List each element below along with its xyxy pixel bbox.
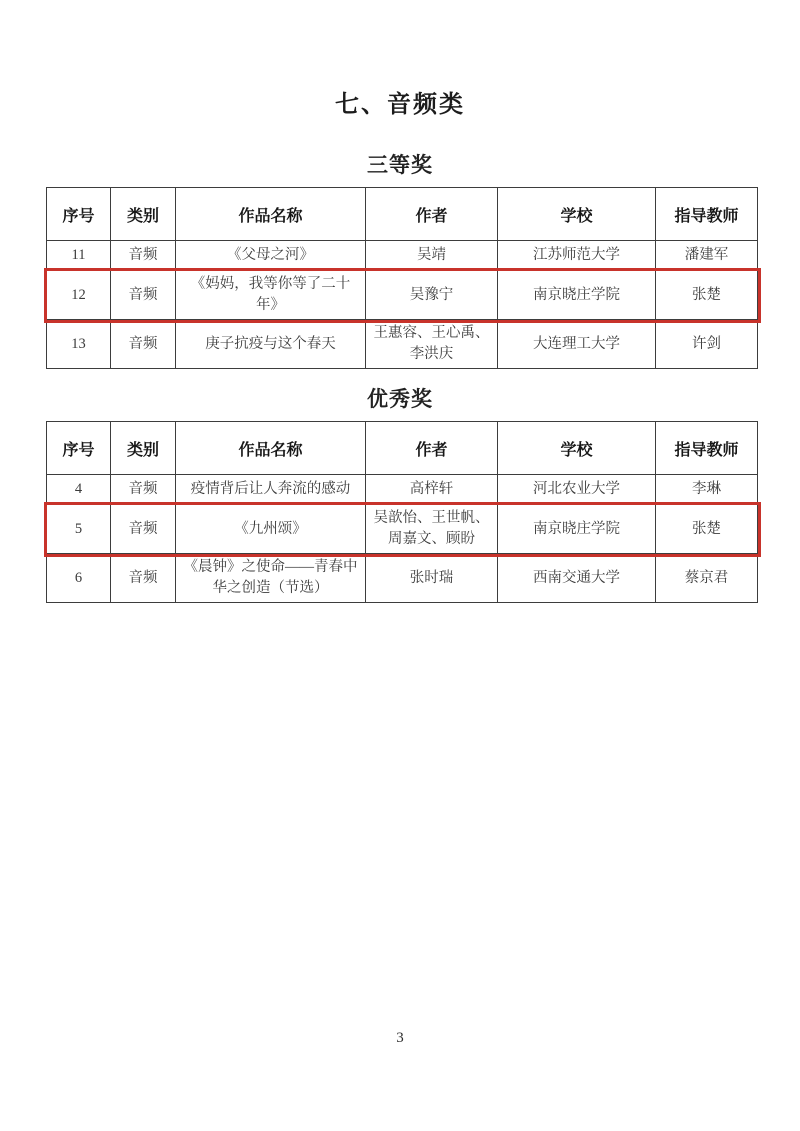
cell-advisor: 潘建军 — [656, 241, 758, 271]
header-work-title: 作品名称 — [176, 188, 366, 241]
header-seq: 序号 — [47, 188, 111, 241]
cell-seq: 6 — [47, 554, 111, 603]
table-row: 4 音频 疫情背后让人奔流的感动 高梓轩 河北农业大学 李琳 — [47, 475, 758, 505]
header-advisor: 指导教师 — [656, 188, 758, 241]
cell-advisor: 张楚 — [656, 505, 758, 554]
cell-category: 音频 — [111, 475, 176, 505]
table-header-row: 序号 类别 作品名称 作者 学校 指导教师 — [47, 422, 758, 475]
page-number: 3 — [0, 1030, 800, 1047]
table-row-highlighted: 5 音频 《九州颂》 吴歆怡、王世帆、周嘉文、顾盼 南京晓庄学院 张楚 — [47, 505, 758, 554]
cell-category: 音频 — [111, 241, 176, 271]
cell-author: 吴歆怡、王世帆、周嘉文、顾盼 — [366, 505, 498, 554]
header-school: 学校 — [498, 188, 656, 241]
cell-school: 河北农业大学 — [498, 475, 656, 505]
cell-school: 南京晓庄学院 — [498, 505, 656, 554]
document-title: 七、音频类 — [0, 0, 800, 119]
table-row: 6 音频 《晨钟》之使命——青春中华之创造（节选） 张时瑞 西南交通大学 蔡京君 — [47, 554, 758, 603]
cell-author: 吴豫宁 — [366, 271, 498, 320]
cell-category: 音频 — [111, 320, 176, 369]
cell-school: 西南交通大学 — [498, 554, 656, 603]
cell-author: 张时瑞 — [366, 554, 498, 603]
cell-school: 南京晓庄学院 — [498, 271, 656, 320]
cell-work-title: 《妈妈，我等你等了二十年》 — [176, 271, 366, 320]
table-row: 13 音频 庚子抗疫与这个春天 王惠容、王心禹、李洪庆 大连理工大学 许剑 — [47, 320, 758, 369]
cell-work-title: 庚子抗疫与这个春天 — [176, 320, 366, 369]
cell-seq: 5 — [47, 505, 111, 554]
cell-seq: 13 — [47, 320, 111, 369]
excellence-award-table: 序号 类别 作品名称 作者 学校 指导教师 4 音频 疫情背后让人奔流的感动 高… — [46, 421, 758, 603]
section-heading-excellence-award: 优秀奖 — [0, 383, 800, 413]
cell-work-title: 疫情背后让人奔流的感动 — [176, 475, 366, 505]
cell-seq: 11 — [47, 241, 111, 271]
section-heading-third-prize: 三等奖 — [0, 149, 800, 179]
document-page: 七、音频类 三等奖 序号 类别 作品名称 作者 学校 指导教师 11 音频 《父… — [0, 0, 800, 1131]
cell-work-title: 《父母之河》 — [176, 241, 366, 271]
header-advisor: 指导教师 — [656, 422, 758, 475]
table-row: 11 音频 《父母之河》 吴靖 江苏师范大学 潘建军 — [47, 241, 758, 271]
table-header-row: 序号 类别 作品名称 作者 学校 指导教师 — [47, 188, 758, 241]
header-author: 作者 — [366, 422, 498, 475]
cell-category: 音频 — [111, 505, 176, 554]
cell-seq: 4 — [47, 475, 111, 505]
cell-advisor: 蔡京君 — [656, 554, 758, 603]
cell-seq: 12 — [47, 271, 111, 320]
cell-advisor: 李琳 — [656, 475, 758, 505]
cell-work-title: 《九州颂》 — [176, 505, 366, 554]
cell-work-title: 《晨钟》之使命——青春中华之创造（节选） — [176, 554, 366, 603]
cell-school: 大连理工大学 — [498, 320, 656, 369]
header-category: 类别 — [111, 188, 176, 241]
table-row-highlighted: 12 音频 《妈妈，我等你等了二十年》 吴豫宁 南京晓庄学院 张楚 — [47, 271, 758, 320]
header-work-title: 作品名称 — [176, 422, 366, 475]
cell-category: 音频 — [111, 554, 176, 603]
cell-advisor: 张楚 — [656, 271, 758, 320]
cell-school: 江苏师范大学 — [498, 241, 656, 271]
header-seq: 序号 — [47, 422, 111, 475]
cell-advisor: 许剑 — [656, 320, 758, 369]
header-author: 作者 — [366, 188, 498, 241]
cell-author: 王惠容、王心禹、李洪庆 — [366, 320, 498, 369]
cell-category: 音频 — [111, 271, 176, 320]
cell-author: 吴靖 — [366, 241, 498, 271]
third-prize-table: 序号 类别 作品名称 作者 学校 指导教师 11 音频 《父母之河》 吴靖 江苏… — [46, 187, 758, 369]
header-category: 类别 — [111, 422, 176, 475]
cell-author: 高梓轩 — [366, 475, 498, 505]
header-school: 学校 — [498, 422, 656, 475]
